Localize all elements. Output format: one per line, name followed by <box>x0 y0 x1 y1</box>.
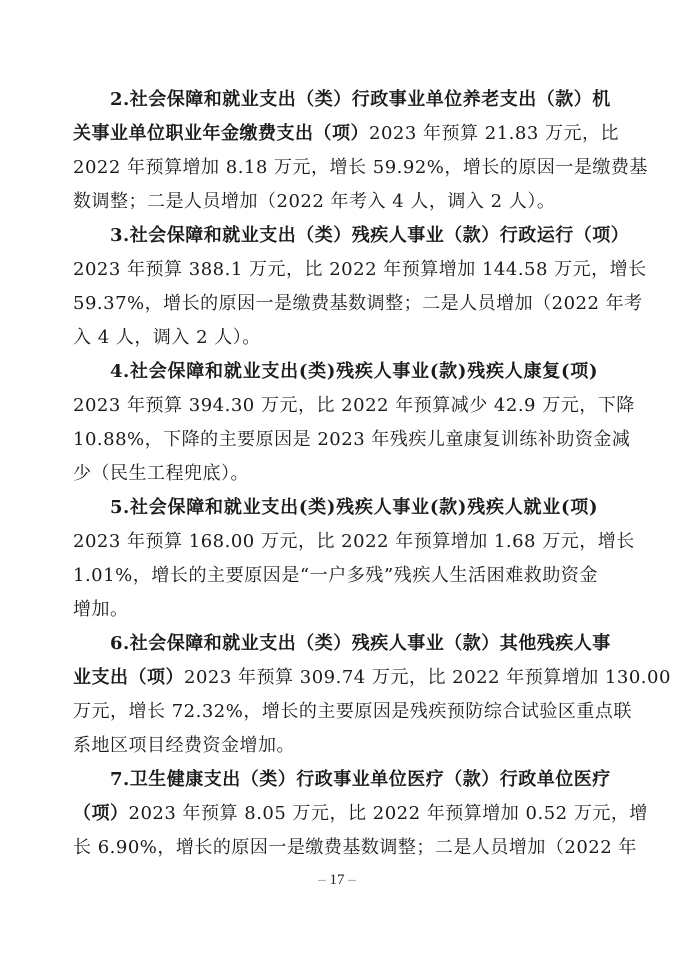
item-2-line-2: 关事业单位职业年金缴费支出（项）2023 年预算 21.83 万元，比 <box>73 119 598 149</box>
item-3-line-4: 入 4 人，调入 2 人）。 <box>73 323 598 353</box>
bold-text: 2.社会保障和就业支出（类）行政事业单位养老支出（款）机 <box>110 89 611 110</box>
page-number-value: 17 <box>330 872 345 888</box>
body-text: 2023 年预算 388.1 万元，比 2022 年预算增加 144.58 万元… <box>73 259 647 280</box>
body-text: 2023 年预算 8.05 万元，比 2022 年预算增加 0.52 万元，增 <box>129 803 648 824</box>
item-6-line-3: 万元，增长 72.32%，增长的主要原因是残疾预防综合试验区重点联 <box>73 697 598 727</box>
body-text: 1.01%，增长的主要原因是“一户多残”残疾人生活困难救助资金 <box>73 565 598 586</box>
item-6-line-4: 系地区项目经费资金增加。 <box>73 731 598 761</box>
body-text: 万元，增长 72.32%，增长的主要原因是残疾预防综合试验区重点联 <box>73 701 632 722</box>
bold-text: 6.社会保障和就业支出（类）残疾人事业（款）其他残疾人事 <box>110 633 611 654</box>
bold-text: （项） <box>73 803 129 824</box>
bold-text: 7.卫生健康支出（类）行政事业单位医疗（款）行政单位医疗 <box>110 769 611 790</box>
bold-text: 5.社会保障和就业支出(类)残疾人事业(款)残疾人就业(项) <box>110 497 598 518</box>
body-text: 增加。 <box>73 599 129 620</box>
body-text: 10.88%，下降的主要原因是 2023 年残疾儿童康复训练补助资金减 <box>73 429 630 450</box>
body-text: 入 4 人，调入 2 人）。 <box>73 327 261 348</box>
item-7-heading: 7.卫生健康支出（类）行政事业单位医疗（款）行政单位医疗 <box>110 765 598 795</box>
item-2-line-3: 2022 年预算增加 8.18 万元，增长 59.92%，增长的原因一是缴费基 <box>73 153 598 183</box>
item-5-line-3: 1.01%，增长的主要原因是“一户多残”残疾人生活困难救助资金 <box>73 561 598 591</box>
item-2-heading: 2.社会保障和就业支出（类）行政事业单位养老支出（款）机 <box>110 85 598 115</box>
bold-text: 业支出（项） <box>73 667 184 688</box>
body-text: 2023 年预算 168.00 万元，比 2022 年预算增加 1.68 万元，… <box>73 531 635 552</box>
item-6-line-2: 业支出（项）2023 年预算 309.74 万元，比 2022 年预算增加 13… <box>73 663 598 693</box>
item-4-heading: 4.社会保障和就业支出(类)残疾人事业(款)残疾人康复(项) <box>110 357 598 387</box>
item-4-line-4: 少（民生工程兜底）。 <box>73 459 598 489</box>
item-3-line-2: 2023 年预算 388.1 万元，比 2022 年预算增加 144.58 万元… <box>73 255 598 285</box>
item-3-line-3: 59.37%，增长的原因一是缴费基数调整；二是人员增加（2022 年考 <box>73 289 598 319</box>
body-text: 少（民生工程兜底）。 <box>73 463 249 484</box>
page-number-dash-left: – <box>318 872 326 888</box>
item-5-heading: 5.社会保障和就业支出(类)残疾人事业(款)残疾人就业(项) <box>110 493 598 523</box>
bold-text: 3.社会保障和就业支出（类）残疾人事业（款）行政运行（项） <box>110 225 629 246</box>
body-text: 2023 年预算 21.83 万元，比 <box>369 123 619 144</box>
body-text: 长 6.90%，增长的原因一是缴费基数调整；二是人员增加（2022 年 <box>73 837 637 858</box>
body-text: 59.37%，增长的原因一是缴费基数调整；二是人员增加（2022 年考 <box>73 293 643 314</box>
item-2-line-4: 数调整；二是人员增加（2022 年考入 4 人，调入 2 人）。 <box>73 187 598 217</box>
item-6-heading: 6.社会保障和就业支出（类）残疾人事业（款）其他残疾人事 <box>110 629 598 659</box>
item-4-line-3: 10.88%，下降的主要原因是 2023 年残疾儿童康复训练补助资金减 <box>73 425 598 455</box>
page-number: – 17 – <box>0 872 674 889</box>
body-text: 数调整；二是人员增加（2022 年考入 4 人，调入 2 人）。 <box>73 191 555 212</box>
body-text: 系地区项目经费资金增加。 <box>73 735 295 756</box>
item-5-line-2: 2023 年预算 168.00 万元，比 2022 年预算增加 1.68 万元，… <box>73 527 598 557</box>
body-text: 2023 年预算 394.30 万元，比 2022 年预算减少 42.9 万元，… <box>73 395 635 416</box>
document-page: 2.社会保障和就业支出（类）行政事业单位养老支出（款）机 关事业单位职业年金缴费… <box>0 0 674 954</box>
bold-text: 4.社会保障和就业支出(类)残疾人事业(款)残疾人康复(项) <box>110 361 598 382</box>
item-5-line-4: 增加。 <box>73 595 598 625</box>
body-text: 2022 年预算增加 8.18 万元，增长 59.92%，增长的原因一是缴费基 <box>73 157 648 178</box>
item-3-heading: 3.社会保障和就业支出（类）残疾人事业（款）行政运行（项） <box>110 221 598 251</box>
item-4-line-2: 2023 年预算 394.30 万元，比 2022 年预算减少 42.9 万元，… <box>73 391 598 421</box>
bold-text: 关事业单位职业年金缴费支出（项） <box>73 123 369 144</box>
page-number-dash-right: – <box>348 872 356 888</box>
item-7-line-3: 长 6.90%，增长的原因一是缴费基数调整；二是人员增加（2022 年 <box>73 833 598 863</box>
item-7-line-2: （项）2023 年预算 8.05 万元，比 2022 年预算增加 0.52 万元… <box>73 799 598 829</box>
body-text: 2023 年预算 309.74 万元，比 2022 年预算增加 130.00 <box>184 667 671 688</box>
